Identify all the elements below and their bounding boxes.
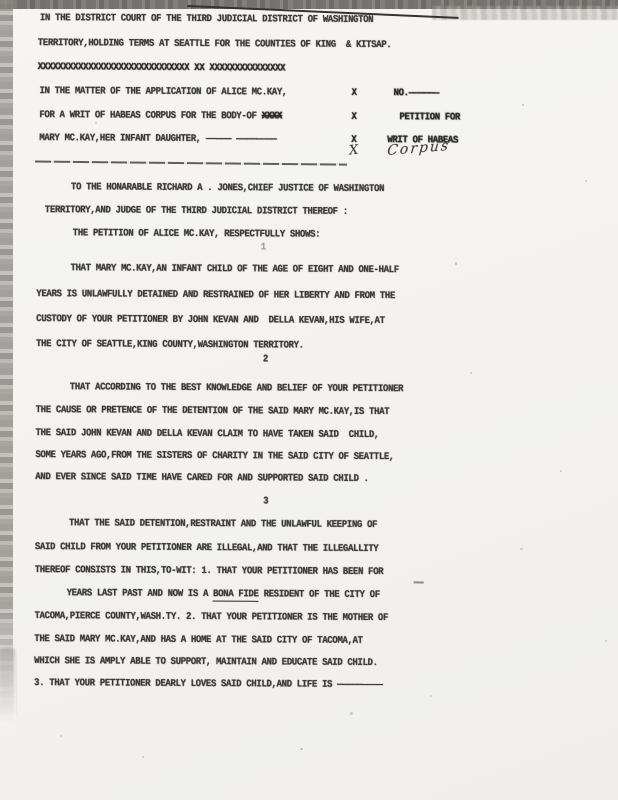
caption-dashed-rule: [35, 161, 347, 166]
stray-dash-mark: [414, 581, 424, 583]
noise-speck: [560, 470, 562, 472]
paragraph-2-line-1: THAT ACCORDING TO THE BEST KNOWLEDGE AND…: [70, 381, 403, 394]
paragraph-1-line-2: YEARS IS UNLAWFULLY DETAINED AND RESTRAI…: [36, 288, 395, 301]
paragraph-2-line-3: THE SAID JOHN KEVAN AND DELLA KEVAN CLAI…: [35, 427, 379, 440]
bona-fide-underlined: BONA FIDE: [213, 588, 259, 601]
paragraph-3-line-6: THE SAID MARY MC.KAY,AND HAS A HOME AT T…: [34, 633, 362, 646]
noise-speck: [142, 756, 144, 758]
noise-speck: [522, 104, 524, 106]
noise-speck: [585, 180, 587, 182]
paragraph-3-line-5: TACOMA,PIERCE COUNTY,WASH.TY. 2. THAT YO…: [34, 610, 388, 623]
caption-x-sep-1: X: [351, 87, 356, 98]
paragraph-3-line-7: WHICH SHE IS AMPLY ABLE TO SUPPORT, MAIN…: [34, 655, 378, 668]
paragraph-1-line-1: THAT MARY MC.KAY,AN INFANT CHILD OF THE …: [70, 262, 398, 275]
paragraph-3-number: 3: [263, 496, 268, 507]
case-number: NO.——————: [393, 87, 439, 98]
noise-speck: [300, 748, 303, 750]
paragraph-3-line-1: THAT THE SAID DETENTION,RESTRAINT AND TH…: [69, 517, 377, 530]
noise-speck: [430, 695, 432, 697]
paragraph-3-line-4-pre: YEARS LAST PAST AND NOW IS A: [67, 587, 214, 599]
paragraph-2-line-2: THE CAUSE OR PRETENCE OF THE DETENTION O…: [36, 404, 390, 417]
paragraph-1-line-3: CUSTODY OF YOUR PETITIONER BY JOHN KEVAN…: [36, 313, 385, 326]
caption-line-3-left: MARY MC.KAY,HER INFANT DAUGHTER, ————— —…: [39, 132, 276, 145]
noise-speck: [350, 712, 353, 715]
petition-title-line-1: PETITION FOR: [399, 111, 460, 123]
caption-x-sep-2: X: [351, 111, 356, 122]
paragraph-3-line-2: SAID CHILD FROM YOUR PETITIONER ARE ILLE…: [35, 541, 379, 554]
caption-overstruck-word: XXXX: [262, 111, 282, 122]
salutation-line-3: THE PETITION OF ALICE MC.KAY, RESPECTFUL…: [73, 227, 321, 240]
paragraph-3-line-3: THEREOF CONSISTS IN THIS,TO-WIT: 1. THAT…: [35, 564, 384, 577]
caption-line-2-text: FOR A WRIT OF HABEAS CORPUS FOR THE BODY…: [39, 109, 261, 121]
typed-x-divider-row: XXXXXXXXXXXXXXXXXXXXXXXXXXXXXX XX XXXXXX…: [38, 61, 286, 74]
noise-speck: [95, 122, 97, 124]
noise-speck: [60, 735, 62, 737]
noise-speck: [605, 640, 607, 642]
paragraph-3-line-4-post: RESIDENT OF THE CITY OF: [259, 588, 380, 600]
court-header-line-1: IN THE DISTRICT COURT OF THE THIRD JUDIC…: [40, 12, 373, 25]
scanned-document-page: IN THE DISTRICT COURT OF THE THIRD JUDIC…: [0, 0, 618, 800]
paragraph-1-number: 1: [261, 242, 266, 253]
caption-line-1-left: IN THE MATTER OF THE APPLICATION OF ALIC…: [39, 85, 287, 98]
salutation-line-2: TERRITORY,AND JUDGE OF THE THIRD JUDICIA…: [45, 204, 348, 217]
court-header-line-2: TERRITORY,HOLDING TERMS AT SEATTLE FOR T…: [38, 37, 392, 50]
paragraph-3-line-4: YEARS LAST PAST AND NOW IS A BONA FIDE R…: [67, 587, 380, 600]
handwritten-x-mark: X: [348, 143, 359, 159]
noise-speck: [455, 262, 457, 265]
paragraph-3-line-8: 3. THAT YOUR PETITIONER DEARLY LOVES SAI…: [34, 677, 383, 690]
paragraph-1-line-4: THE CITY OF SEATTLE,KING COUNTY,WASHINGT…: [36, 338, 304, 351]
paragraph-2-line-5: AND EVER SINCE SAID TIME HAVE CARED FOR …: [35, 471, 368, 484]
document-body: IN THE DISTRICT COURT OF THE THIRD JUDIC…: [0, 0, 618, 800]
paragraph-2-number: 2: [263, 354, 268, 365]
caption-line-2-left: FOR A WRIT OF HABEAS CORPUS FOR THE BODY…: [39, 109, 282, 122]
noise-speck: [520, 548, 523, 550]
noise-speck: [470, 372, 472, 374]
salutation-line-1: TO THE HONARABLE RICHARD A . JONES,CHIEF…: [71, 181, 384, 194]
noise-speck: [230, 70, 232, 72]
paragraph-2-line-4: SOME YEARS AGO,FROM THE SISTERS OF CHARI…: [35, 449, 394, 462]
